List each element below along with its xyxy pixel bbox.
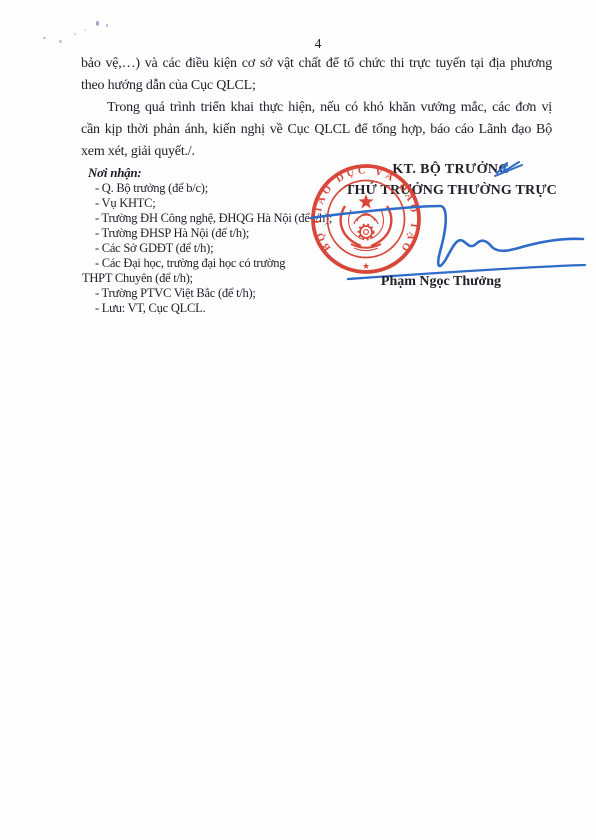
- scan-speck: [106, 24, 108, 27]
- body-line: bảo vệ,…) và các điều kiện cơ sở vật chấ…: [81, 53, 552, 75]
- signature-scrawl: [311, 206, 583, 266]
- signer-name: Phạm Ngọc Thưởng: [339, 274, 543, 290]
- body-paragraph-1: bảo vệ,…) và các điều kiện cơ sở vật chấ…: [81, 53, 552, 97]
- scan-speck: [84, 29, 86, 31]
- scan-speck: [74, 33, 76, 35]
- body-line: cần kịp thời phản ánh, kiến nghị về Cục …: [81, 119, 552, 141]
- body-line: theo hướng dẫn của Cục QLCL;: [81, 75, 552, 97]
- recipient-item: - Lưu: VT, Cục QLCL.: [95, 301, 332, 316]
- page-number: 4: [0, 36, 596, 52]
- handwritten-signature: [295, 155, 595, 290]
- scan-speck: [96, 21, 99, 26]
- body-line: Trong quá trình triển khai thực hiện, nế…: [81, 97, 552, 119]
- scanned-document-page: 4 bảo vệ,…) và các điều kiện cơ sở vật c…: [0, 0, 596, 840]
- body-paragraph-2: Trong quá trình triển khai thực hiện, nế…: [81, 97, 552, 163]
